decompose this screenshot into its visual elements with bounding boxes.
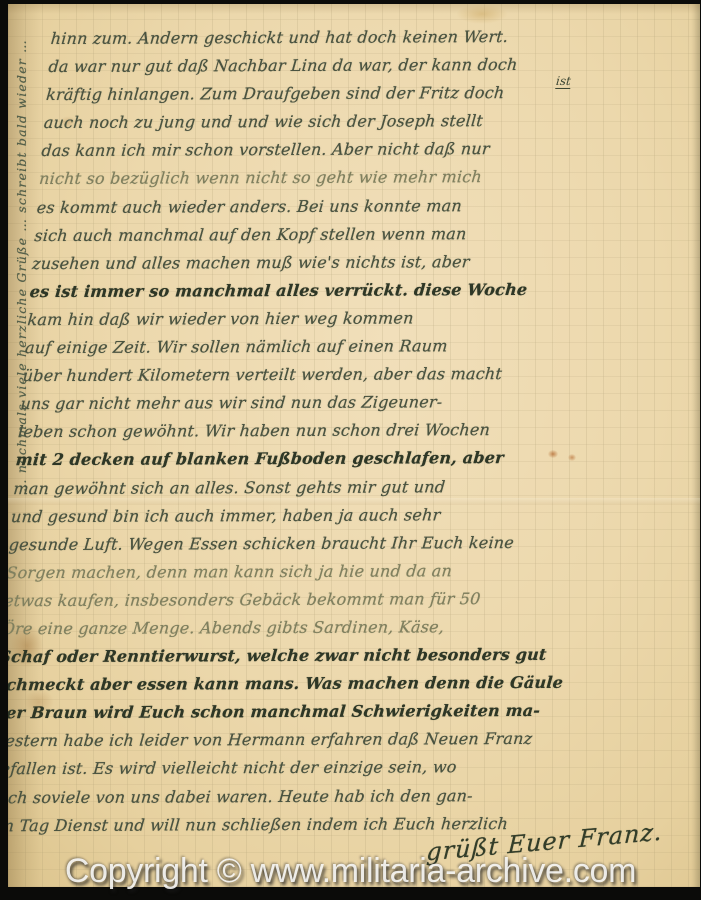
handwritten-line: Sorgen machen, denn man kann sich ja hie… <box>8 556 652 587</box>
handwritten-line: Gestern habe ich leider von Hermann erfa… <box>8 725 638 756</box>
paper-top-edge-shadow <box>8 4 700 14</box>
handwritten-line: auf einige Zeit. Wir sollen nämlich auf … <box>24 331 670 362</box>
handwritten-line: und gesund bin ich auch immer, haben ja … <box>10 500 656 531</box>
handwritten-line: zusehen und alles machen muß wie's nicht… <box>31 247 677 278</box>
handwritten-line: das kann ich mir schon vorstellen. Aber … <box>40 135 686 166</box>
handwritten-line: kam hin daß wir wieder von hier weg komm… <box>26 303 672 334</box>
handwritten-line: da war nur gut daß Nachbar Lina da war, … <box>47 50 693 81</box>
handwritten-line: mit 2 decken auf blanken Fußboden geschl… <box>15 444 661 475</box>
letter-page: hinn zum. Andern geschickt und hat doch … <box>8 4 700 887</box>
handwritten-line: es kommt auch wieder anders. Bei uns kon… <box>36 191 682 222</box>
handwritten-line: Öre eine ganze Menge. Abends gibts Sardi… <box>8 612 647 643</box>
handwritten-line: leben schon gewöhnt. Wir haben nun schon… <box>17 416 663 447</box>
handwritten-line: auch noch zu jung und und wie sich der J… <box>43 107 689 138</box>
handwritten-line: uns gar nicht mehr aus wir sind nun das … <box>19 388 665 419</box>
handwritten-line: Schaf oder Renntierwurst, welche zwar ni… <box>8 640 645 671</box>
scanned-letter-screenshot: { "watermark": { "text": "Copyright © ww… <box>0 0 701 900</box>
handwritten-line: sich auch manchmal auf den Kopf stellen … <box>33 219 679 250</box>
handwritten-line: etwas kaufen, insbesonders Gebäck bekomm… <box>8 584 649 615</box>
paper-right-edge-shadow <box>691 4 700 887</box>
handwritten-line: nicht so bezüglich wenn nicht so geht wi… <box>38 163 684 194</box>
handwritten-line: es ist immer so manchmal alles verrückt.… <box>29 275 675 306</box>
letter-body: hinn zum. Andern geschickt und hat doch … <box>8 22 696 840</box>
handwritten-line: über hundert Kilometern verteilt werden,… <box>22 359 668 390</box>
handwritten-line: kräftig hinlangen. Zum Draufgeben sind d… <box>45 78 691 109</box>
handwritten-line: doch soviele von uns dabei waren. Heute … <box>8 781 633 812</box>
handwritten-line: gesunde Luft. Wegen Essen schicken brauc… <box>8 528 654 559</box>
handwritten-line: gefallen ist. Es wird vielleicht nicht d… <box>8 753 635 784</box>
handwritten-line: man gewöhnt sich an alles. Sonst gehts m… <box>12 472 658 503</box>
handwritten-line: der Braun wird Euch schon manchmal Schwi… <box>8 697 640 728</box>
stain <box>456 4 508 24</box>
handwritten-line: schmeckt aber essen kann mans. Was mache… <box>8 669 642 700</box>
handwritten-line: hinn zum. Andern geschickt und hat doch … <box>50 22 696 53</box>
